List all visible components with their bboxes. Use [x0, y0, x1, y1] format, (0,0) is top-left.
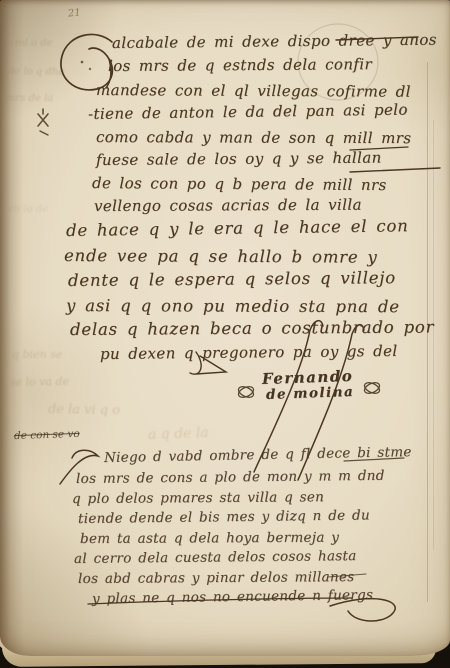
bleedthrough-line: se lo va de — [10, 375, 69, 389]
bleedthrough-line: en lo de — [8, 204, 48, 215]
manuscript-line: los abd cabras y pinar delos millanes — [78, 569, 355, 587]
signature-name-line2: de molina — [266, 384, 355, 403]
manuscript-line: bem ta asta q dela hoya bermeja y — [80, 530, 339, 547]
manuscript-line: al cerro dela cuesta delos cosos hasta — [74, 548, 357, 567]
bleedthrough-line: de lo q dho — [8, 66, 65, 78]
manuscript-line: alcabale de mi dexe dispo dree y anos — [112, 31, 437, 52]
manuscript-line: delas q hazen beca o costunbrado por — [70, 317, 434, 339]
struck-margin-note: de con se vo — [14, 428, 80, 442]
bleedthrough-line: de la vi q o — [48, 402, 120, 418]
manuscript-line: como cabda y man de son q mill mrs — [96, 128, 411, 147]
manuscript-line: mandese con el ql villegas cofirme dl — [96, 81, 411, 101]
manuscript-line: q plo delos pmares sta villa q sen — [72, 489, 324, 507]
bleedthrough-line: o ml o de — [6, 38, 53, 49]
manuscript-line: de los con po q b pera de mill nrs — [92, 174, 387, 194]
manuscript-line: dente q le espera q selos q villejo — [68, 268, 396, 290]
manuscript-line: pu dexen q pregonero pa oy gs del — [100, 342, 398, 363]
manuscript-line: los mrs de q estnds dela confir — [108, 55, 372, 75]
folio-number: 21 — [67, 7, 81, 19]
bleedthrough-line: q bien se — [12, 348, 62, 361]
manuscript-line: y asi q q ono pu medio sta pna de — [66, 296, 400, 316]
manuscript-line: vellengo cosas acrias de la villa — [94, 196, 362, 215]
manuscript-line: los mrs de cons a plo de mon y m m dnd — [76, 468, 385, 487]
manuscript-scan: 21 o ml o de de lo q dho mrs de la en lo… — [0, 0, 450, 668]
bleedthrough-line: mrs de la — [6, 93, 53, 104]
bleedthrough-line: a q de la — [148, 425, 209, 443]
manuscript-line: ende vee pa q se hallo b omre y — [64, 246, 378, 267]
manuscript-line: fuese sale de los oy q y se hallan — [96, 149, 382, 169]
